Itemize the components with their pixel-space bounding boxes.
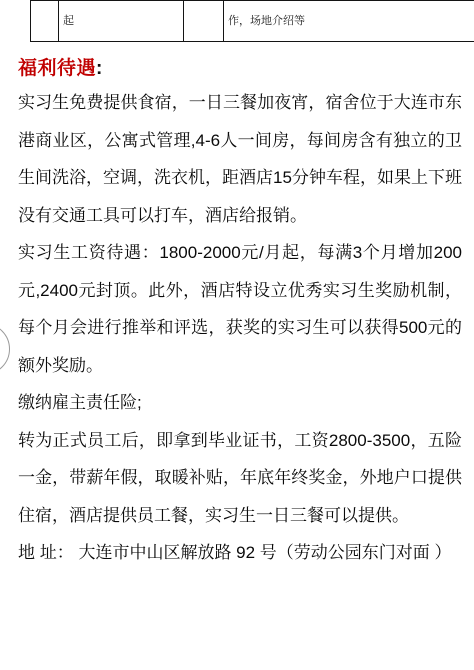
document-page: 起 作，场地介绍等 福利待遇: 实习生免费提供食宿，一日三餐加夜宵，宿舍位于大连…: [0, 0, 474, 670]
document-body: 实习生免费提供食宿，一日三餐加夜宵，宿舍位于大连市东港商业区，公寓式管理,4-6…: [18, 84, 462, 572]
paragraph-address: 地 址： 大连市中山区解放路 92 号（劳动公园东门对面 ）: [18, 534, 462, 572]
paragraph-housing: 实习生免费提供食宿，一日三餐加夜宵，宿舍位于大连市东港商业区，公寓式管理,4-6…: [18, 84, 462, 234]
info-table: 起 作，场地介绍等: [30, 0, 474, 42]
table-row: 起 作，场地介绍等: [31, 1, 474, 42]
page-title-text: 福利待遇: [18, 58, 96, 79]
page-title: 福利待遇:: [18, 55, 462, 82]
paragraph-wages: 实习生工资待遇：1800-2000元/月起，每满3个月增加200元,2400元封…: [18, 234, 462, 384]
table-cell-intro: 作，场地介绍等: [224, 1, 474, 42]
circle-arc-decoration: [0, 323, 10, 375]
paragraph-insurance: 缴纳雇主责任险;: [18, 384, 462, 422]
paragraph-fulltime-benefits: 转为正式员工后，即拿到毕业证书，工资2800-3500，五险一金，带薪年假，取暖…: [18, 422, 462, 535]
table-cell-qi: 起: [59, 1, 184, 42]
table-cell-empty-1: [31, 1, 59, 42]
table-cell-empty-2: [184, 1, 224, 42]
page-title-colon: :: [96, 58, 103, 79]
